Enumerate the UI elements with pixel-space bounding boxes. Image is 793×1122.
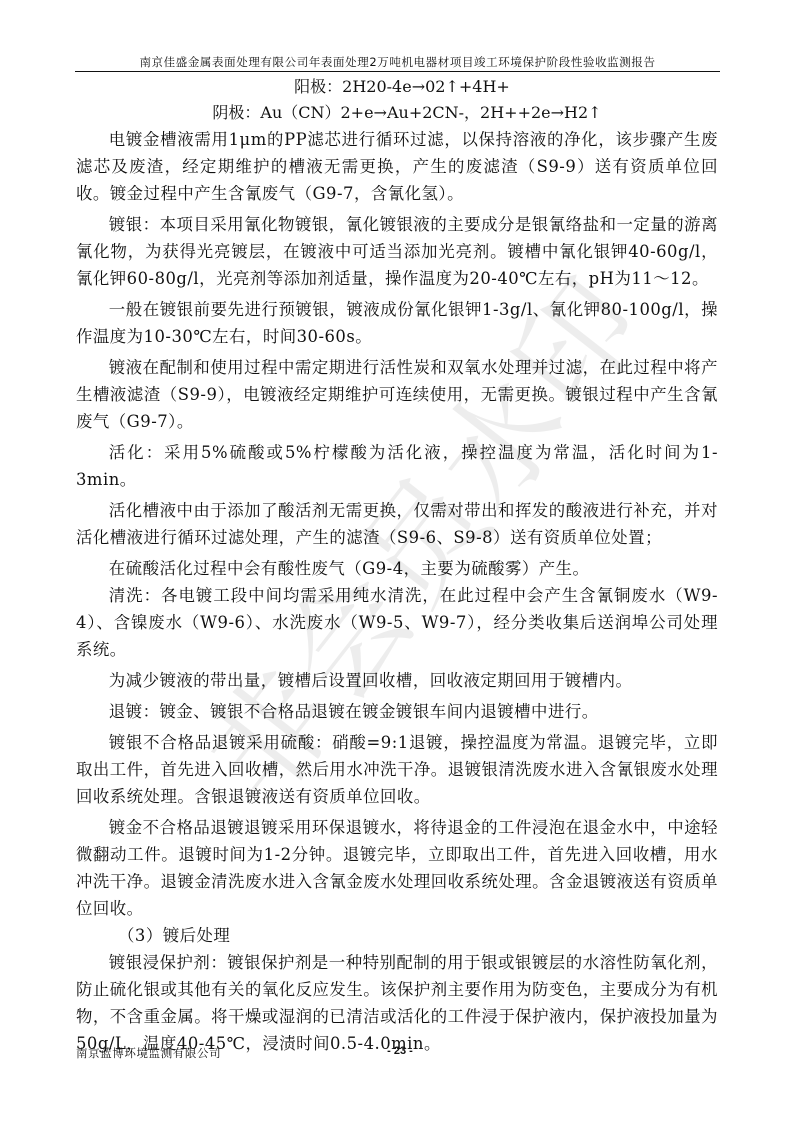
paragraph-activation-bath: 活化槽液中由于添加了酸活剂无需更换，仅需对带出和挥发的酸液进行补充，并对活化槽液… [76, 497, 718, 551]
paragraph-rinsing: 清洗：各电镀工段中间均需采用纯水清洗，在此过程中会产生含氰铜废水（W9-4）、含… [76, 582, 718, 663]
document-body: 阳极：2H20-4e→02↑+4H+ 阴极：Au（CN）2+e→Au+2CN-，… [76, 74, 718, 1061]
paragraph-bath-maintenance: 镀液在配制和使用过程中需定期进行活性炭和双氧水处理并过滤，在此过程中将产生槽液滤… [76, 354, 718, 435]
paragraph-silver-stripping: 镀银不合格品退镀采用硫酸：硝酸=9:1退镀，操控温度为常温。退镀完毕，立即取出工… [76, 729, 718, 810]
page-number: - 23 - [370, 1045, 430, 1057]
header-divider [75, 71, 720, 72]
paragraph-pre-silver: 一般在镀银前要先进行预镀银，镀液成份氰化银钾1-3g/l、氰化钾80-100g/… [76, 296, 718, 350]
paragraph-gold-stripping: 镀金不合格品退镀退镀采用环保退镀水，将待退金的工件浸泡在退金水中，中途轻微翻动工… [76, 814, 718, 922]
cathode-equation: 阴极：Au（CN）2+e→Au+2CN-，2H++2e→H2↑ [76, 100, 718, 126]
paragraph-gold-filtration: 电镀金槽液需用1μm的PP滤芯进行循环过滤，以保持溶液的净化，该步骤产生废滤芯及… [76, 126, 718, 207]
paragraph-activation: 活化：采用5%硫酸或5%柠檬酸为活化液，操控温度为常温，活化时间为1-3min。 [76, 439, 718, 493]
paragraph-acid-mist: 在硫酸活化过程中会有酸性废气（G9-4，主要为硫酸雾）产生。 [76, 555, 718, 582]
footer-company: 南京蓝博环境监测有限公司 [76, 1045, 221, 1061]
paragraph-recovery-tank: 为减少镀液的带出量，镀槽后设置回收槽，回收液定期回用于镀槽内。 [76, 667, 718, 694]
paragraph-silver-plating: 镀银：本项目采用氰化物镀银，氰化镀银液的主要成分是银氰络盐和一定量的游离氰化物，… [76, 211, 718, 292]
paragraph-stripping: 退镀：镀金、镀银不合格品退镀在镀金镀银车间内退镀槽中进行。 [76, 698, 718, 725]
section-heading-post-plating: （3）镀后处理 [76, 922, 718, 949]
anode-equation: 阳极：2H20-4e→02↑+4H+ [76, 74, 718, 100]
page-header: 南京佳盛金属表面处理有限公司年表面处理2万吨机电器材项目竣工环境保护阶段性验收监… [75, 55, 720, 70]
paragraph-silver-protection: 镀银浸保护剂：镀银保护剂是一种特别配制的用于银或银镀层的水溶性防氧化剂，防止硫化… [76, 949, 718, 1057]
